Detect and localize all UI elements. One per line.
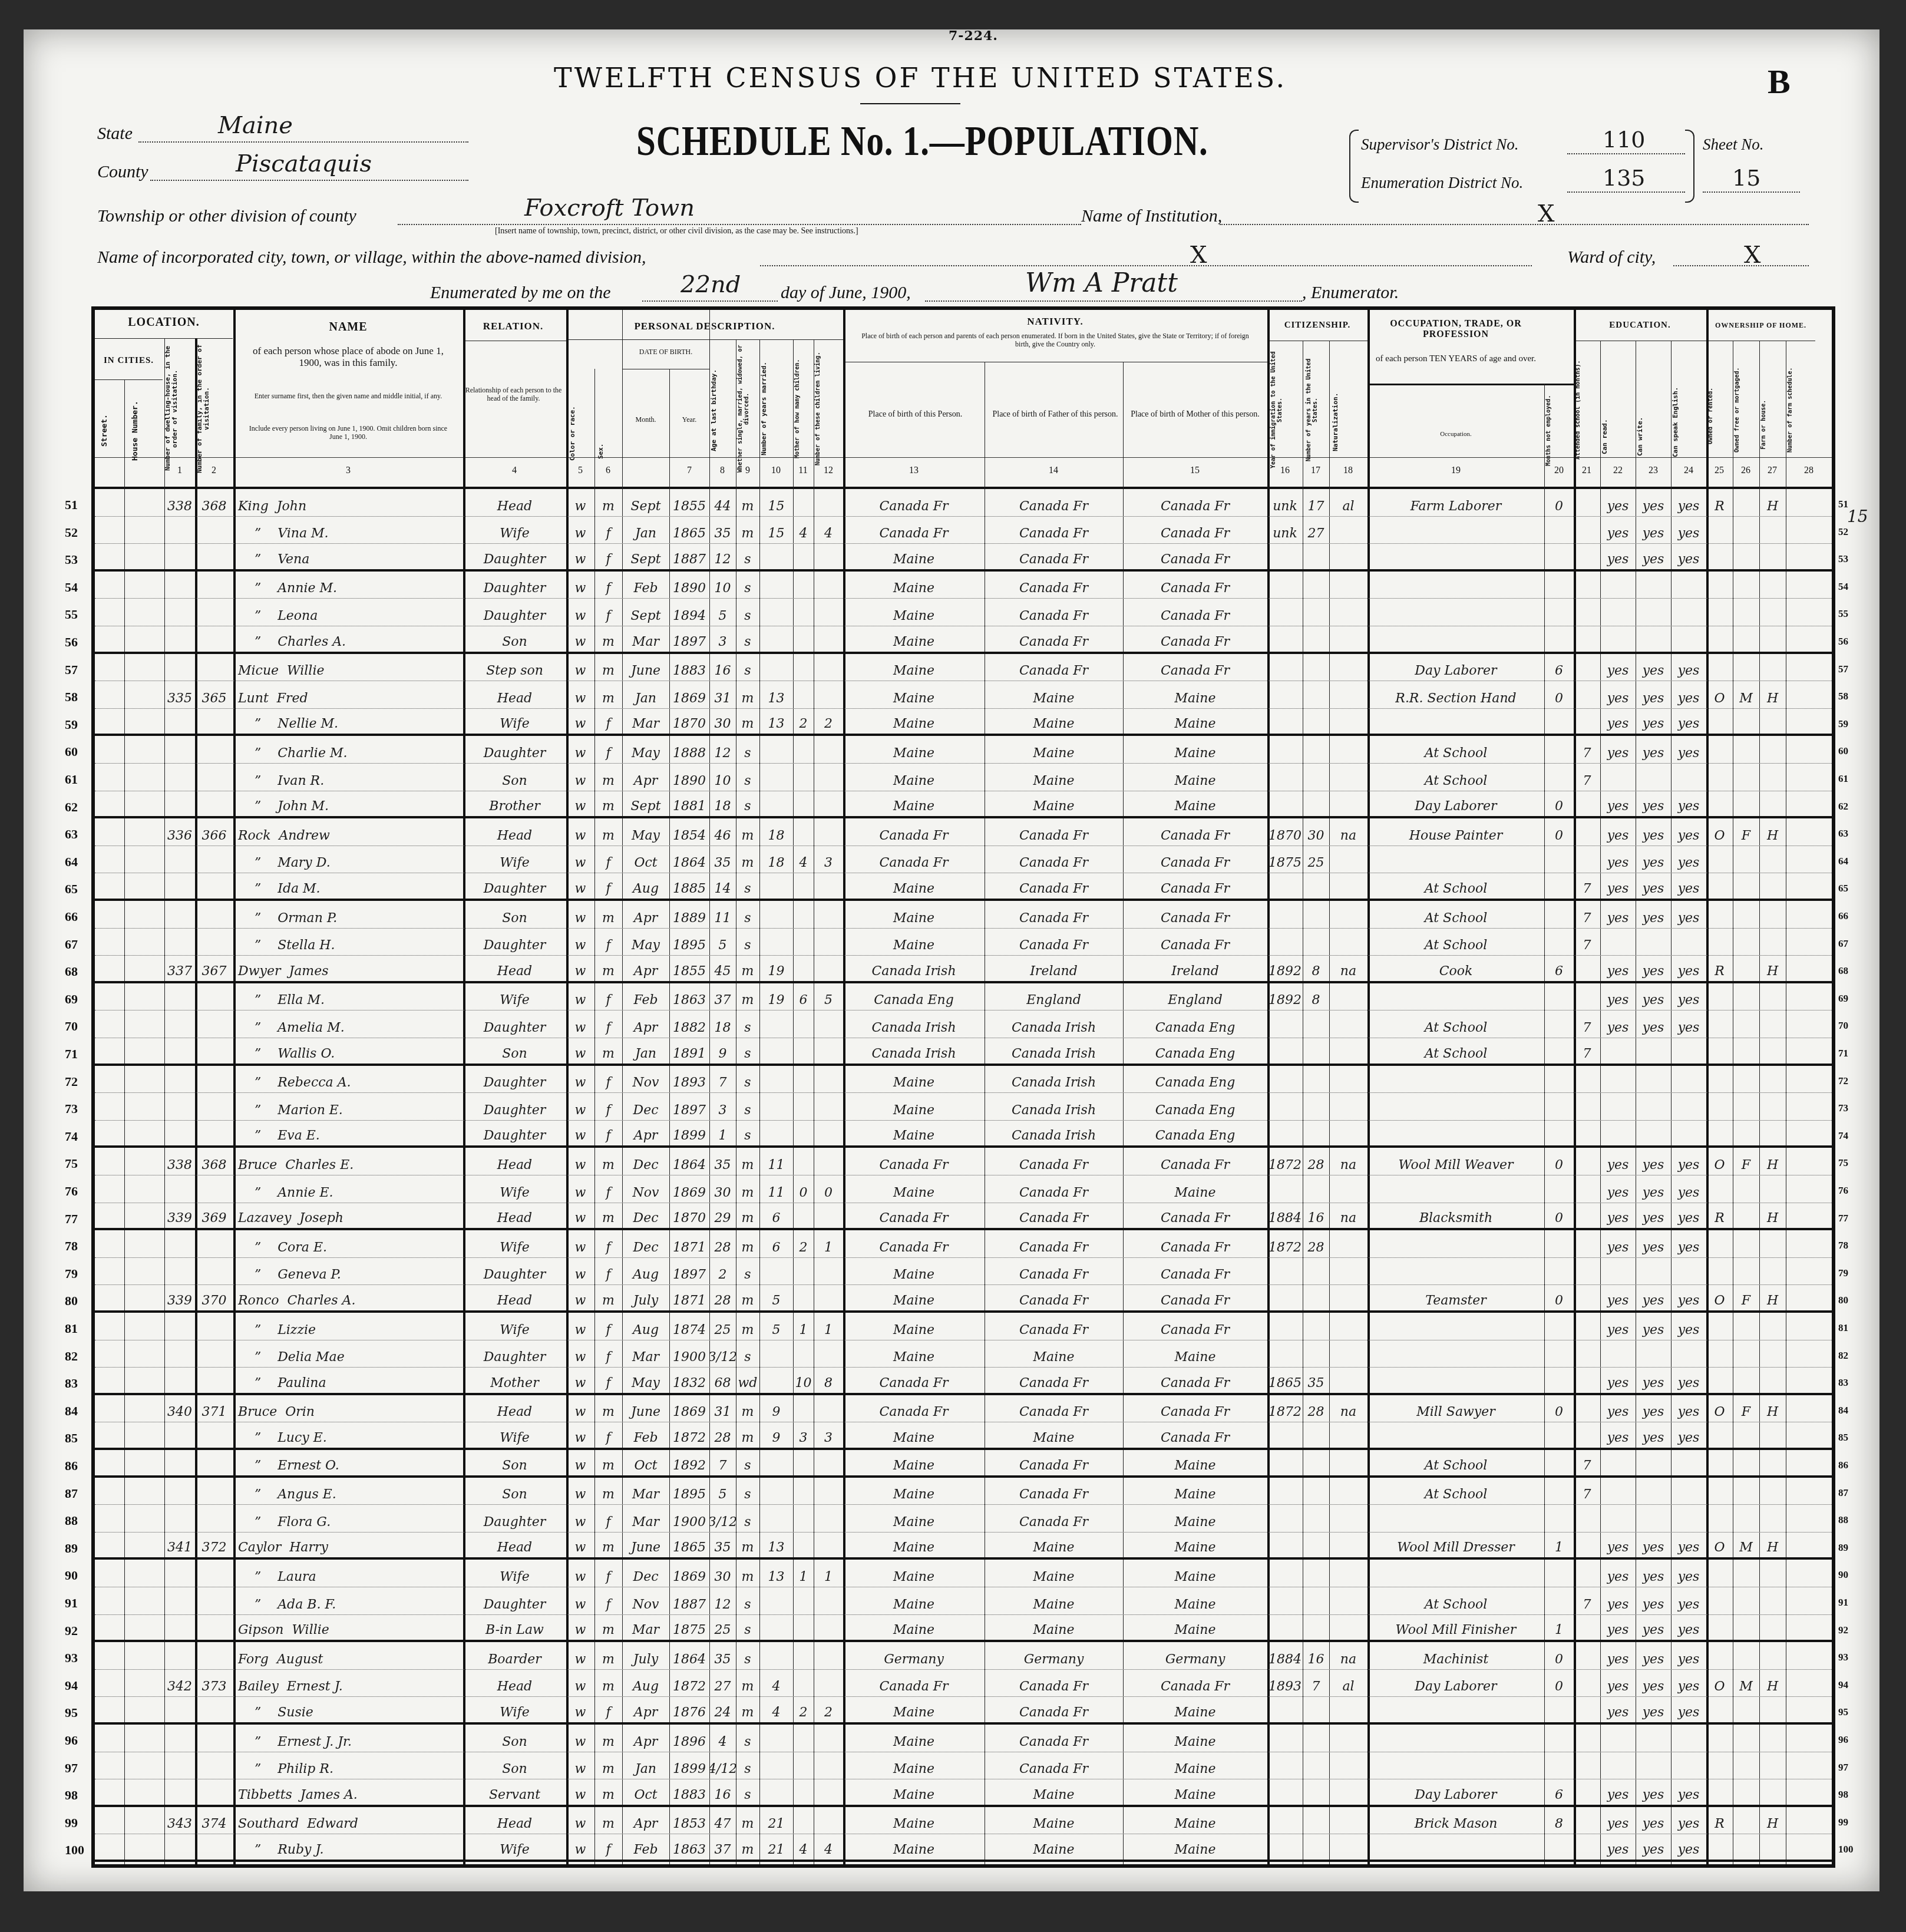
cell-year: 1897 <box>669 1258 709 1285</box>
cell-color: w <box>566 1258 594 1285</box>
cell-immigration <box>1267 1066 1303 1093</box>
cell-color: w <box>566 1422 594 1448</box>
cell-relation: Wife <box>463 1230 566 1257</box>
cell-relation: Head <box>463 1533 566 1558</box>
cell-month: Feb <box>622 1834 669 1860</box>
cell-father-birth: Canada Fr <box>985 517 1123 544</box>
line-number-left: 89 <box>65 1541 78 1556</box>
cell-occupation <box>1367 1560 1544 1587</box>
cell-farm-no <box>1786 572 1832 599</box>
header-name-sub: of each person whose place of abode on J… <box>248 345 448 368</box>
cell-living <box>814 1807 843 1834</box>
cell-year: 1853 <box>669 1807 709 1834</box>
cell-name: ” Laura <box>233 1560 463 1587</box>
cell-naturalization <box>1329 1615 1367 1640</box>
line-number-right: 83 <box>1838 1377 1848 1389</box>
cell-age: 16 <box>709 654 736 681</box>
cell-owned <box>1706 983 1733 1010</box>
cell-occupation <box>1367 544 1544 569</box>
cell-free <box>1733 1258 1759 1285</box>
cell-father-birth: Maine <box>985 709 1123 734</box>
column-number: 14 <box>1045 465 1062 476</box>
cell-farm-house: H <box>1759 1807 1786 1834</box>
cell-years-us <box>1303 1340 1329 1368</box>
cell-mother-of <box>793 1038 814 1064</box>
cell-family <box>195 572 233 599</box>
cell-yrs-married <box>759 572 793 599</box>
cell-mother-birth: Canada Fr <box>1123 846 1267 873</box>
cell-owned <box>1706 1340 1733 1368</box>
cell-mother-of <box>793 736 814 763</box>
cell-mother-birth: Canada Eng <box>1123 1010 1267 1038</box>
cell-english: yes <box>1671 1670 1706 1697</box>
cell-months-unemployed: 0 <box>1544 1642 1574 1669</box>
cell-free <box>1733 1010 1759 1038</box>
cell-age: 25 <box>709 1615 736 1640</box>
line-number-left: 58 <box>65 689 78 705</box>
cell-family: 367 <box>195 956 233 981</box>
cell-birth: Maine <box>843 681 985 708</box>
township-field[interactable] <box>398 224 1081 225</box>
cell-english: yes <box>1671 1533 1706 1558</box>
line-number-left: 85 <box>65 1431 78 1446</box>
table-row: ” Geneva P.DaughterwfAug18972sMaineCanad… <box>95 1258 1832 1286</box>
cell-school <box>1574 1670 1600 1697</box>
cell-occupation: Farm Laborer <box>1367 489 1544 516</box>
cell-free <box>1733 1725 1759 1752</box>
institution-label: Name of Institution, <box>1081 206 1222 226</box>
cell-marital: s <box>736 1450 759 1475</box>
cell-father-birth: Canada Fr <box>985 1285 1123 1310</box>
line-number-left: 92 <box>65 1623 78 1639</box>
enumeration-field[interactable] <box>1567 191 1685 193</box>
cell-mother-of <box>793 626 814 652</box>
cell-school: 7 <box>1574 929 1600 956</box>
cell-color: w <box>566 517 594 544</box>
cell-occupation: R.R. Section Hand <box>1367 681 1544 708</box>
cell-dwelling <box>164 929 195 956</box>
line-number-left: 73 <box>65 1101 78 1117</box>
cell-month: May <box>622 736 669 763</box>
cell-relation: Son <box>463 1478 566 1505</box>
cell-owned <box>1706 1478 1733 1505</box>
table-row: ” Eva E.DaughterwfApr18991sMaineCanada I… <box>95 1121 1832 1148</box>
cell-month: Feb <box>622 983 669 1010</box>
cell-father-birth: Canada Fr <box>985 901 1123 928</box>
cell-year: 1854 <box>669 818 709 846</box>
cell-father-birth: Canada Irish <box>985 1010 1123 1038</box>
line-number-right: 81 <box>1838 1322 1848 1334</box>
cell-mother-of <box>793 572 814 599</box>
cell-owned <box>1706 626 1733 652</box>
cell-free <box>1733 1038 1759 1064</box>
header-in-cities: IN CITIES. <box>95 356 163 366</box>
cell-relation: Wife <box>463 517 566 544</box>
cell-birth: Maine <box>843 1313 985 1340</box>
cell-living <box>814 1642 843 1669</box>
cell-family <box>195 1093 233 1120</box>
cell-family <box>195 1368 233 1393</box>
state-field[interactable] <box>138 141 468 143</box>
cell-color: w <box>566 1313 594 1340</box>
cell-english: yes <box>1671 1697 1706 1722</box>
cell-relation: Head <box>463 1203 566 1228</box>
cell-birth: Maine <box>843 873 985 899</box>
sheet-field[interactable] <box>1703 191 1800 193</box>
rule <box>463 341 566 341</box>
cell-free <box>1733 736 1759 763</box>
cell-farm-house <box>1759 846 1786 873</box>
cell-write <box>1636 1066 1671 1093</box>
cell-farm-house <box>1759 1505 1786 1532</box>
cell-color: w <box>566 1203 594 1228</box>
header-farm-schedule: Number of farm schedule. <box>1787 345 1814 475</box>
cell-years-us: 28 <box>1303 1395 1329 1422</box>
cell-name: ” Mary D. <box>233 846 463 873</box>
cell-free <box>1733 1642 1759 1669</box>
cell-months-unemployed: 0 <box>1544 791 1574 817</box>
cell-years-us <box>1303 1834 1329 1860</box>
line-number-left: 65 <box>65 881 78 897</box>
cell-free <box>1733 791 1759 817</box>
cell-relation: Son <box>463 626 566 652</box>
cell-age: 5 <box>709 599 736 626</box>
cell-school <box>1574 791 1600 817</box>
cell-school <box>1574 709 1600 734</box>
supervisor-field[interactable] <box>1567 153 1685 154</box>
cell-mother-birth: Canada Fr <box>1123 544 1267 569</box>
cell-age: 12 <box>709 736 736 763</box>
cell-school: 7 <box>1574 901 1600 928</box>
cell-farm-house: H <box>1759 818 1786 846</box>
cell-immigration <box>1267 791 1303 817</box>
cell-read <box>1600 1505 1636 1532</box>
cell-yrs-married: 19 <box>759 956 793 981</box>
cell-living <box>814 1148 843 1175</box>
cell-read <box>1600 1258 1636 1285</box>
cell-occupation <box>1367 1422 1544 1448</box>
cell-occupation <box>1367 846 1544 873</box>
cell-farm-house <box>1759 1422 1786 1448</box>
cell-read: yes <box>1600 1807 1636 1834</box>
county-field[interactable] <box>150 180 468 181</box>
cell-months-unemployed <box>1544 544 1574 569</box>
cell-age: 35 <box>709 1642 736 1669</box>
cell-mother-of: 0 <box>793 1175 814 1203</box>
cell-farm-no <box>1786 1505 1832 1532</box>
cell-write: yes <box>1636 1175 1671 1203</box>
line-number-right: 60 <box>1838 745 1848 757</box>
cell-marital: s <box>736 1121 759 1146</box>
cell-dwelling <box>164 1450 195 1475</box>
cell-family: 371 <box>195 1395 233 1422</box>
cell-marital: s <box>736 1340 759 1368</box>
cell-name: Ronco Charles A. <box>233 1285 463 1310</box>
cell-owned <box>1706 654 1733 681</box>
cell-farm-no <box>1786 1752 1832 1779</box>
cell-age: 11 <box>709 901 736 928</box>
cell-father-birth: Canada Fr <box>985 1725 1123 1752</box>
cell-read: yes <box>1600 873 1636 899</box>
cell-free <box>1733 1587 1759 1614</box>
cell-month: Nov <box>622 1587 669 1614</box>
cell-farm-house <box>1759 1587 1786 1614</box>
cell-father-birth: Canada Irish <box>985 1038 1123 1064</box>
cell-age: 44 <box>709 489 736 516</box>
cell-occupation: At School <box>1367 873 1544 899</box>
line-number-left: 90 <box>65 1568 78 1583</box>
cell-years-us <box>1303 1807 1329 1834</box>
cell-year: 1892 <box>669 1450 709 1475</box>
column-number: 2 <box>205 465 223 476</box>
cell-family <box>195 599 233 626</box>
cell-school <box>1574 1505 1600 1532</box>
cell-school <box>1574 1230 1600 1257</box>
cell-mother-birth: Maine <box>1123 681 1267 708</box>
cell-sex: m <box>594 1752 622 1779</box>
cell-english: yes <box>1671 1779 1706 1805</box>
cell-write: yes <box>1636 1422 1671 1448</box>
cell-occupation <box>1367 1066 1544 1093</box>
cell-mother-of <box>793 873 814 899</box>
cell-sex: f <box>594 544 622 569</box>
cell-english: yes <box>1671 1807 1706 1834</box>
header-immigration: Year of immigration to the United States… <box>1270 345 1303 475</box>
cell-owned <box>1706 1121 1733 1146</box>
cell-english <box>1671 1258 1706 1285</box>
cell-mother-birth: Maine <box>1123 1505 1267 1532</box>
census-title: TWELFTH CENSUS OF THE UNITED STATES. <box>554 62 1287 94</box>
cell-naturalization <box>1329 1478 1367 1505</box>
cell-english: yes <box>1671 818 1706 846</box>
cell-read <box>1600 1066 1636 1093</box>
cell-farm-no <box>1786 489 1832 516</box>
cell-dwelling <box>164 1340 195 1368</box>
cell-mother-birth: Maine <box>1123 1834 1267 1860</box>
cell-family <box>195 1175 233 1203</box>
cell-yrs-married <box>759 1258 793 1285</box>
cell-english: yes <box>1671 1148 1706 1175</box>
cell-relation: Head <box>463 1148 566 1175</box>
cell-farm-no <box>1786 1175 1832 1203</box>
cell-month: Apr <box>622 901 669 928</box>
cell-sex: m <box>594 1807 622 1834</box>
cell-free <box>1733 1230 1759 1257</box>
cell-farm-house: H <box>1759 1533 1786 1558</box>
cell-marital: s <box>736 1038 759 1064</box>
cell-free <box>1733 599 1759 626</box>
cell-father-birth: Canada Fr <box>985 544 1123 569</box>
cell-color: w <box>566 929 594 956</box>
cell-dwelling <box>164 544 195 569</box>
cell-immigration <box>1267 572 1303 599</box>
table-row: ” Marion E.DaughterwfDec18973sMaineCanad… <box>95 1093 1832 1121</box>
cell-month: Apr <box>622 1725 669 1752</box>
line-number-left: 100 <box>65 1842 84 1858</box>
census-page: 7-224. TWELFTH CENSUS OF THE UNITED STAT… <box>24 29 1879 1891</box>
cell-english: yes <box>1671 1203 1706 1228</box>
cell-mother-of <box>793 1642 814 1669</box>
cell-immigration <box>1267 1807 1303 1834</box>
cell-write <box>1636 572 1671 599</box>
cell-owned <box>1706 1093 1733 1120</box>
column-number: 26 <box>1737 465 1755 476</box>
cell-free: F <box>1733 818 1759 846</box>
cell-english: yes <box>1671 1587 1706 1614</box>
line-number-right: 63 <box>1838 828 1848 840</box>
cell-year: 1883 <box>669 654 709 681</box>
ward-field[interactable] <box>1673 265 1809 266</box>
institution-field[interactable] <box>1220 224 1809 225</box>
cell-living <box>814 1038 843 1064</box>
cell-birth: Maine <box>843 654 985 681</box>
district-brace-left <box>1349 130 1359 203</box>
cell-mother-of: 2 <box>793 1230 814 1257</box>
cell-naturalization <box>1329 1285 1367 1310</box>
cell-year: 1865 <box>669 517 709 544</box>
cell-father-birth: Canada Fr <box>985 1368 1123 1393</box>
cell-color: w <box>566 1779 594 1805</box>
cell-months-unemployed <box>1544 1093 1574 1120</box>
cell-month: Sept <box>622 599 669 626</box>
cell-english: yes <box>1671 873 1706 899</box>
line-number-left: 76 <box>65 1184 78 1199</box>
cell-english <box>1671 1038 1706 1064</box>
cell-color: w <box>566 764 594 791</box>
cell-write: yes <box>1636 1395 1671 1422</box>
cell-farm-no <box>1786 1121 1832 1146</box>
line-number-right: 57 <box>1838 663 1848 675</box>
cell-name: ” Charles A. <box>233 626 463 652</box>
cell-write: yes <box>1636 1587 1671 1614</box>
cell-farm-house <box>1759 929 1786 956</box>
cell-birth: Maine <box>843 544 985 569</box>
cell-age: 35 <box>709 517 736 544</box>
cell-farm-house: H <box>1759 1395 1786 1422</box>
cell-immigration <box>1267 1258 1303 1285</box>
cell-write <box>1636 1258 1671 1285</box>
cell-farm-no <box>1786 983 1832 1010</box>
cell-dwelling: 338 <box>164 489 195 516</box>
cell-naturalization: na <box>1329 1203 1367 1228</box>
line-number-left: 97 <box>65 1761 78 1776</box>
rule <box>843 362 1267 362</box>
cell-name: ” Nellie M. <box>233 709 463 734</box>
cell-farm-no <box>1786 1587 1832 1614</box>
cell-years-us <box>1303 1779 1329 1805</box>
line-number-left: 60 <box>65 744 78 759</box>
cell-school <box>1574 681 1600 708</box>
cell-free <box>1733 544 1759 569</box>
cell-free <box>1733 1450 1759 1475</box>
enumeration-value: 135 <box>1603 165 1646 191</box>
cell-age: 5 <box>709 929 736 956</box>
cell-farm-house <box>1759 599 1786 626</box>
cell-occupation: At School <box>1367 1587 1544 1614</box>
cell-name: ” Flora G. <box>233 1505 463 1532</box>
cell-write: yes <box>1636 956 1671 981</box>
cell-write: yes <box>1636 1285 1671 1310</box>
cell-birth: Maine <box>843 1779 985 1805</box>
cell-years-us <box>1303 1422 1329 1448</box>
cell-farm-no <box>1786 1615 1832 1640</box>
cell-school <box>1574 1697 1600 1722</box>
column-number: 22 <box>1609 465 1627 476</box>
header-name-inst2: Include every person living on June 1, 1… <box>245 425 451 441</box>
cell-year: 1890 <box>669 572 709 599</box>
cell-color: w <box>566 1642 594 1669</box>
cell-years-us <box>1303 1313 1329 1340</box>
cell-farm-house <box>1759 1642 1786 1669</box>
cell-marital: m <box>736 1560 759 1587</box>
enumerated-day-field[interactable] <box>642 300 778 302</box>
cell-birth: Canada Irish <box>843 1038 985 1064</box>
cell-living <box>814 1615 843 1640</box>
cell-immigration <box>1267 1285 1303 1310</box>
cell-family <box>195 1010 233 1038</box>
line-number-left: 79 <box>65 1266 78 1282</box>
cell-free <box>1733 1615 1759 1640</box>
cell-mother-of <box>793 1395 814 1422</box>
cell-read <box>1600 1093 1636 1120</box>
cell-write: yes <box>1636 873 1671 899</box>
cell-family: 368 <box>195 1148 233 1175</box>
form-number: 7-224. <box>949 28 998 44</box>
cell-occupation <box>1367 1834 1544 1860</box>
cell-occupation <box>1367 1368 1544 1393</box>
cell-free <box>1733 1203 1759 1228</box>
cell-free <box>1733 1505 1759 1532</box>
cell-family <box>195 1615 233 1640</box>
cell-naturalization <box>1329 544 1367 569</box>
line-number-right: 67 <box>1838 938 1848 950</box>
cell-owned <box>1706 764 1733 791</box>
cell-farm-no <box>1786 544 1832 569</box>
cell-age: 37 <box>709 1834 736 1860</box>
cell-marital: m <box>736 983 759 1010</box>
cell-age: 45 <box>709 956 736 981</box>
line-number-left: 75 <box>65 1156 78 1171</box>
cell-farm-house <box>1759 1560 1786 1587</box>
enumerator-field[interactable] <box>925 300 1302 302</box>
incorporated-field[interactable] <box>760 265 1532 266</box>
cell-father-birth: Canada Irish <box>985 1066 1123 1093</box>
cell-birth: Maine <box>843 1478 985 1505</box>
cell-owned <box>1706 1368 1733 1393</box>
cell-occupation: Day Laborer <box>1367 1779 1544 1805</box>
cell-years-us <box>1303 1752 1329 1779</box>
cell-years-us <box>1303 1010 1329 1038</box>
header-years-us: Number of years in the United States. <box>1306 345 1329 475</box>
cell-yrs-married: 15 <box>759 489 793 516</box>
cell-years-us <box>1303 1505 1329 1532</box>
cell-living: 8 <box>814 1368 843 1393</box>
cell-month: July <box>622 1642 669 1669</box>
cell-marital: s <box>736 1587 759 1614</box>
header-relation: RELATION. <box>463 321 563 332</box>
cell-age: 2 <box>709 1258 736 1285</box>
table-row: ” Wallis O.SonwmJan18919sCanada IrishCan… <box>95 1038 1832 1066</box>
cell-father-birth: Canada Fr <box>985 489 1123 516</box>
cell-month: Jan <box>622 681 669 708</box>
cell-name: Caylor Harry <box>233 1533 463 1558</box>
cell-farm-no <box>1786 1010 1832 1038</box>
cell-owned <box>1706 1587 1733 1614</box>
table-row: ” Rebecca A.DaughterwfNov18937sMaineCana… <box>95 1066 1832 1094</box>
cell-read: yes <box>1600 1230 1636 1257</box>
cell-occupation: Blacksmith <box>1367 1203 1544 1228</box>
cell-owned: O <box>1706 1395 1733 1422</box>
